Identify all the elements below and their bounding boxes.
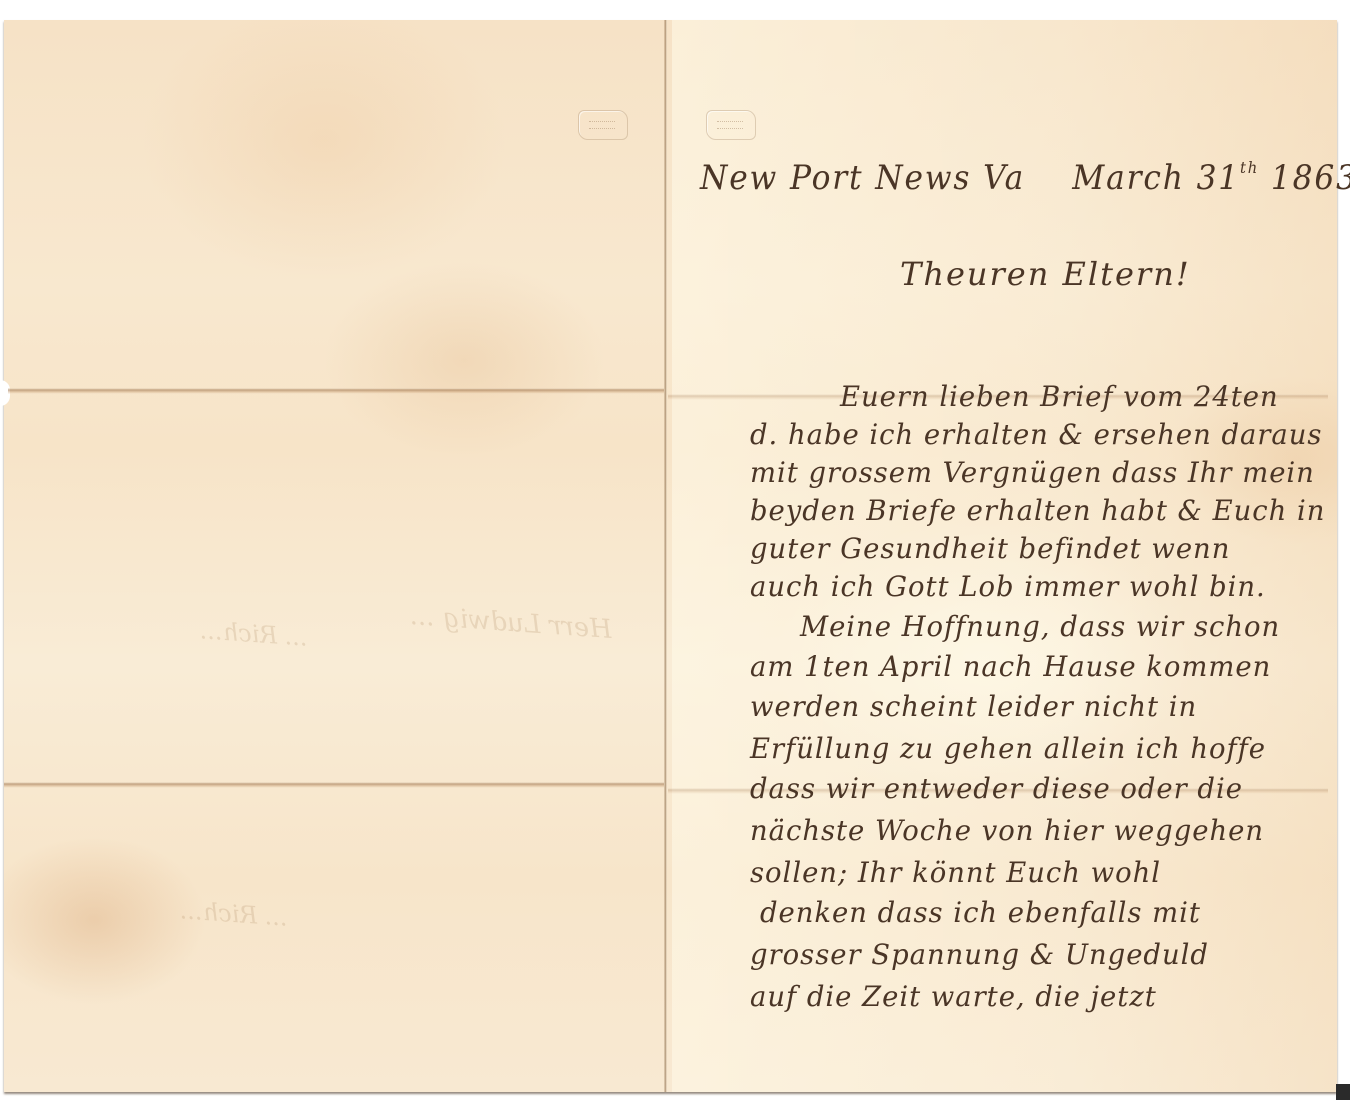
day: 31: [1197, 158, 1240, 198]
letter-line: Euern lieben Brief vom 24ten: [840, 380, 1279, 413]
day-suffix: th: [1240, 158, 1259, 177]
scanner-edge: [1336, 1084, 1350, 1100]
year: 1863: [1271, 158, 1350, 198]
letter-line: grosser Spannung & Ungeduld: [750, 938, 1209, 971]
month: March: [1072, 158, 1184, 198]
emboss-stamp-left: [578, 110, 628, 140]
letter-line: werden scheint leider nicht in: [750, 690, 1197, 723]
letter-line: d. habe ich erhalten & ersehen daraus: [750, 418, 1322, 451]
letter-heading: New Port News Va March 31th 1863: [700, 158, 1350, 198]
right-page: New Port News Va March 31th 1863 Theuren…: [690, 0, 1330, 1100]
upper-fold-crease-left: [8, 388, 664, 394]
letter-line: nächste Woche von hier weggehen: [750, 814, 1264, 847]
salutation: Theuren Eltern!: [900, 255, 1191, 293]
lower-fold-crease-left: [4, 782, 664, 788]
letter-line: Meine Hoffnung, dass wir schon: [800, 610, 1280, 643]
letter-line: denken dass ich ebenfalls mit: [760, 896, 1201, 929]
scanned-letter: Herr Ludwig ... ... Rich... ... Rich... …: [0, 0, 1350, 1100]
letter-line: auf die Zeit warte, die jetzt: [750, 980, 1157, 1013]
letter-line: auch ich Gott Lob immer wohl bin.: [750, 570, 1266, 603]
letter-line: mit grossem Vergnügen dass Ihr mein: [750, 456, 1315, 489]
letter-line: dass wir entweder diese oder die: [750, 772, 1243, 805]
letter-line: Erfüllung zu gehen allein ich hoffe: [750, 732, 1266, 765]
vertical-fold-crease: [664, 20, 667, 1092]
place: New Port News Va: [700, 158, 1025, 198]
letter-line: guter Gesundheit befindet wenn: [750, 532, 1230, 565]
letter-line: beyden Briefe erhalten habt & Euch in: [750, 494, 1325, 527]
letter-line: sollen; Ihr könnt Euch wohl: [750, 856, 1161, 889]
letter-line: am 1ten April nach Hause kommen: [750, 650, 1271, 683]
